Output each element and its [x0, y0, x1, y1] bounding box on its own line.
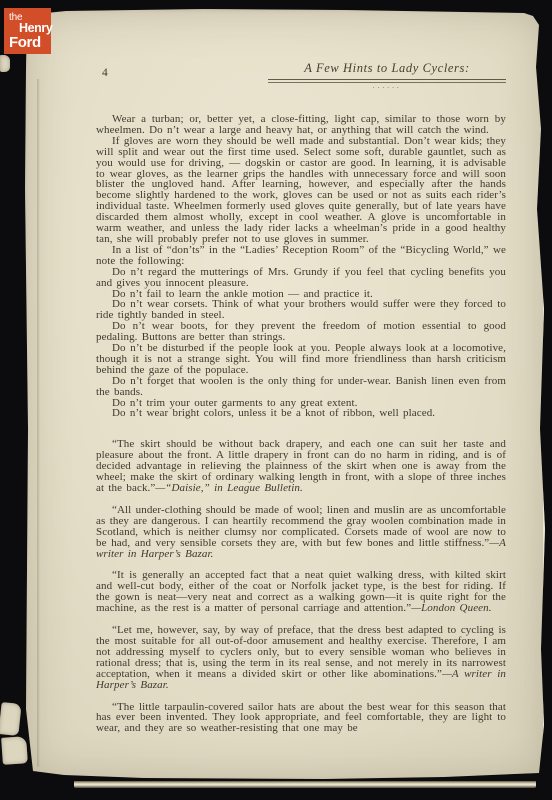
page-edge-highlight	[543, 299, 546, 739]
paragraph: Wear a turban; or, better yet, a close-f…	[96, 114, 506, 136]
logo-word-ford: Ford	[9, 35, 41, 50]
dont-list-item: Do n’t regard the mutterings of Mrs. Gru…	[96, 267, 506, 289]
scanned-page: 4 A Few Hints to Lady Cyclers: ······ We…	[24, 9, 548, 781]
quote-paragraph: “It is generally an accepted fact that a…	[96, 570, 506, 614]
quote-paragraph: “Let me, however, say, by way of preface…	[96, 625, 506, 690]
running-head: A Few Hints to Lady Cyclers: ······	[268, 61, 506, 92]
dont-list-item: Do n’t wear boots, for they prevent the …	[96, 321, 506, 343]
paragraph: In a list of “don’ts” in the “Ladies’ Re…	[96, 245, 506, 267]
paragraph: If gloves are worn they should be well m…	[96, 136, 506, 245]
page-header: 4 A Few Hints to Lady Cyclers: ······	[96, 61, 506, 105]
dont-list-item: Do n’t forget that woolen is the only th…	[96, 376, 506, 398]
dont-list-item: Do n’t wear bright colors, unless it be …	[96, 408, 506, 419]
header-ornament: ······	[268, 84, 506, 92]
quote-text: “All under-clothing should be made of wo…	[96, 504, 506, 549]
body-text: Wear a turban; or, better yet, a close-f…	[96, 114, 506, 734]
quote-attribution: —London Queen.	[411, 602, 491, 614]
torn-paper-fragment	[0, 55, 10, 72]
photo-stage: 4 A Few Hints to Lady Cyclers: ······ We…	[0, 0, 552, 800]
henry-ford-logo: the Henry Ford	[4, 8, 51, 54]
page-stack-edge	[74, 781, 536, 788]
page-crease	[37, 79, 40, 767]
dont-list-item: Do n’t be disturbed if the people look a…	[96, 343, 506, 376]
page-number: 4	[102, 67, 108, 79]
quote-text: “The little tarpaulin-covered sailor hat…	[96, 701, 506, 735]
page-content: 4 A Few Hints to Lady Cyclers: ······ We…	[96, 61, 506, 734]
dont-list-item: Do n’t wear corsets. Think of what your …	[96, 299, 506, 321]
header-rule	[268, 79, 506, 83]
quote-attribution: —“Daisie,” in League Bulletin.	[155, 482, 302, 494]
logo-word-henry: Henry	[19, 22, 52, 35]
quote-paragraph: “All under-clothing should be made of wo…	[96, 505, 506, 560]
running-title: A Few Hints to Lady Cyclers:	[268, 61, 506, 76]
torn-paper-fragment	[0, 702, 22, 736]
quote-paragraph: “The skirt should be without back draper…	[96, 439, 506, 494]
quote-paragraph: “The little tarpaulin-covered sailor hat…	[96, 702, 506, 735]
torn-paper-fragment	[1, 736, 28, 765]
